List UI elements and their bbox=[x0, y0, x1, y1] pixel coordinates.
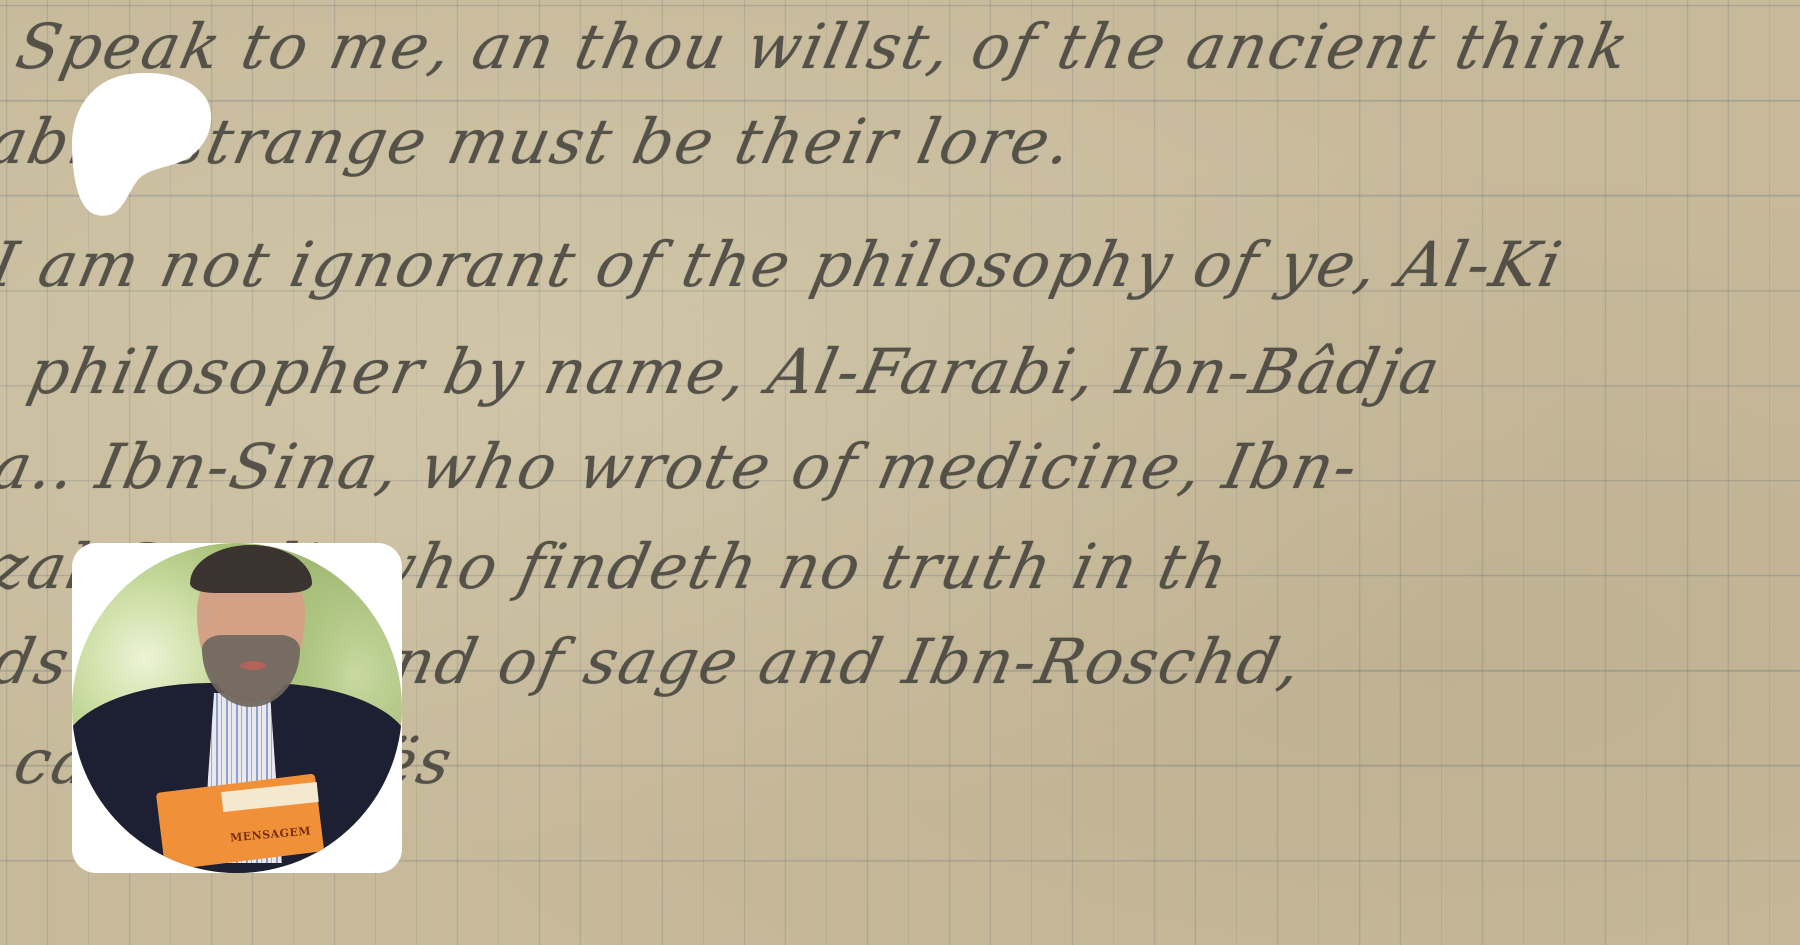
avatar-mouth bbox=[240, 661, 266, 670]
avatar-hair bbox=[190, 545, 312, 593]
creator-avatar-card[interactable]: MENSAGEM bbox=[72, 543, 402, 873]
handwriting-line-1: Speak to me, an thou willst, of the anci… bbox=[10, 10, 1637, 83]
handwriting-line-5: a.. Ibn-Sina, who wrote of medicine, Ibn… bbox=[0, 430, 1366, 503]
creator-avatar: MENSAGEM bbox=[72, 543, 402, 873]
patreon-logo-icon bbox=[72, 72, 212, 217]
handwriting-line-4: philosopher by name, Al-Farabi, Ibn-Bâdj… bbox=[22, 335, 1447, 408]
handwriting-line-3: I am not ignorant of the philosophy of y… bbox=[0, 228, 1569, 301]
